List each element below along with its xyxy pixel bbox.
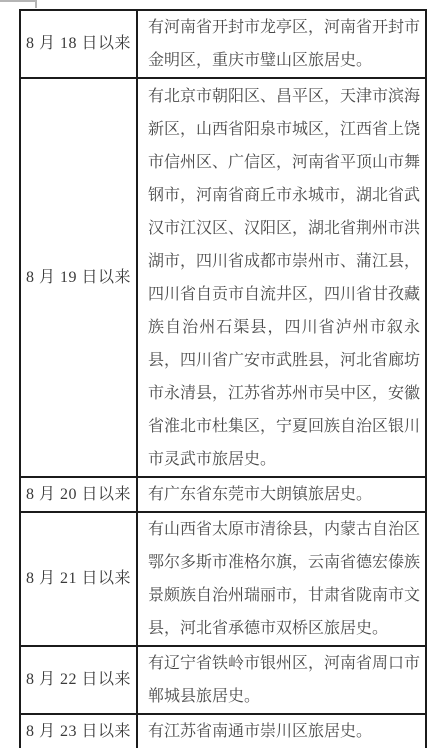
travel-history-table: 8 月 18 日以来 有河南省开封市龙亭区，河南省开封市金明区，重庆市璧山区旅居… <box>19 9 427 748</box>
table-row: 8 月 21 日以来 有山西省太原市清徐县，内蒙古自治区鄂尔多斯市准格尔旗，云南… <box>20 512 426 646</box>
travel-history-cell: 有辽宁省铁岭市银州区，河南省周口市郸城县旅居史。 <box>137 646 426 714</box>
travel-history-cell: 有山西省太原市清徐县，内蒙古自治区鄂尔多斯市准格尔旗，云南省德宏傣族景颇族自治州… <box>137 512 426 646</box>
date-cell: 8 月 19 日以来 <box>20 78 137 477</box>
travel-history-cell: 有广东省东莞市大朗镇旅居史。 <box>137 477 426 512</box>
table-row: 8 月 19 日以来 有北京市朝阳区、昌平区，天津市滨海新区，山西省阳泉市城区，… <box>20 78 426 477</box>
travel-history-cell: 有北京市朝阳区、昌平区，天津市滨海新区，山西省阳泉市城区，江西省上饶市信州区、广… <box>137 78 426 477</box>
travel-history-cell: 有河南省开封市龙亭区，河南省开封市金明区，重庆市璧山区旅居史。 <box>137 10 426 78</box>
date-cell: 8 月 22 日以来 <box>20 646 137 714</box>
date-cell: 8 月 23 日以来 <box>20 714 137 748</box>
table-row: 8 月 23 日以来 有江苏省南通市崇川区旅居史。 <box>20 714 426 748</box>
travel-history-cell: 有江苏省南通市崇川区旅居史。 <box>137 714 426 748</box>
table-row: 8 月 20 日以来 有广东省东莞市大朗镇旅居史。 <box>20 477 426 512</box>
table-row: 8 月 22 日以来 有辽宁省铁岭市银州区，河南省周口市郸城县旅居史。 <box>20 646 426 714</box>
page-edge-mark-horizontal <box>0 0 37 2</box>
date-cell: 8 月 20 日以来 <box>20 477 137 512</box>
document-page: 8 月 18 日以来 有河南省开封市龙亭区，河南省开封市金明区，重庆市璧山区旅居… <box>0 0 433 748</box>
date-cell: 8 月 18 日以来 <box>20 10 137 78</box>
table-row: 8 月 18 日以来 有河南省开封市龙亭区，河南省开封市金明区，重庆市璧山区旅居… <box>20 10 426 78</box>
date-cell: 8 月 21 日以来 <box>20 512 137 646</box>
page-edge-mark-vertical <box>35 0 37 8</box>
